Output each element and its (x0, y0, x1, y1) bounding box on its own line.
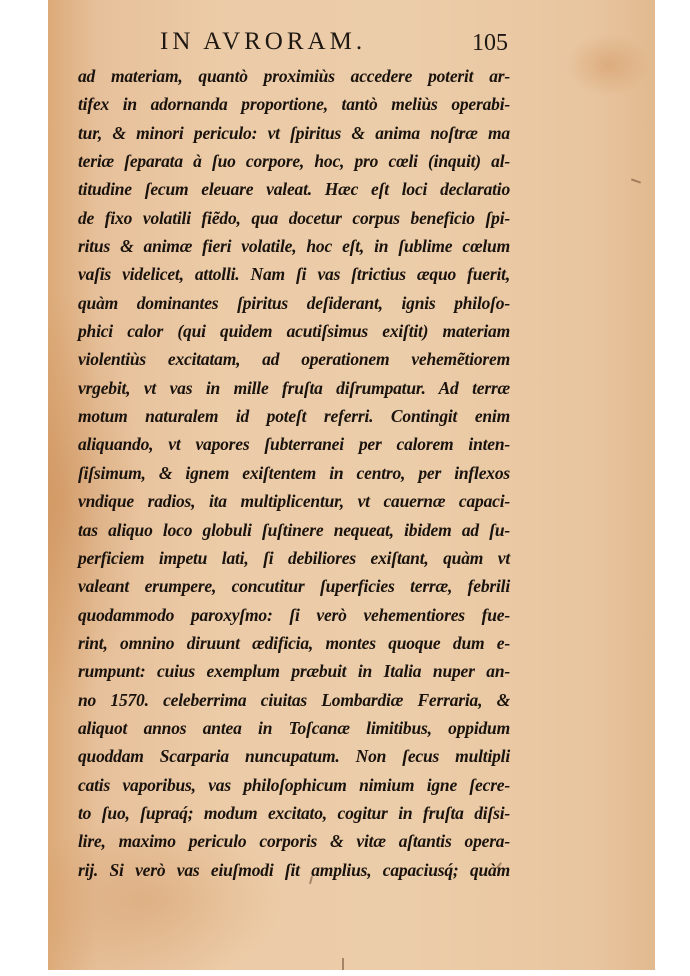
running-head: IN AVRORAM. (160, 28, 366, 56)
text-line: phici calor (qui quidem acutiſsimus exiſ… (78, 317, 510, 345)
paper-speck (342, 958, 344, 970)
text-line: motum naturalem id poteſt referri. Conti… (78, 402, 510, 430)
text-line: no 1570. celeberrima ciuitas Lombardiæ F… (78, 686, 510, 714)
text-line: ſiſsimum, & ignem exiſtentem in centro, … (78, 459, 510, 487)
text-line: rumpunt: cuius exemplum præbuit in Itali… (78, 657, 510, 685)
text-line: perficiem impetu lati, ſi debiliores exi… (78, 544, 510, 572)
text-line: vndique radios, ita multiplicentur, vt c… (78, 487, 510, 515)
text-line: catis vaporibus, vas philoſophicum nimiu… (78, 771, 510, 799)
text-line: quoddam Scarparia nuncupatum. Non ſecus … (78, 742, 510, 770)
text-line: tifex in adornanda proportione, tantò me… (78, 90, 510, 118)
text-line: violentiùs excitatam, ad operationem veh… (78, 345, 510, 373)
text-line: vrgebit, vt vas in mille fruſta diſrumpa… (78, 374, 510, 402)
text-line: quàm dominantes ſpiritus deſiderant, ign… (78, 289, 510, 317)
text-line: aliquot annos antea in Toſcanæ limitibus… (78, 714, 510, 742)
text-line: to ſuo, ſupraq́; modum excitato, cogitur… (78, 799, 510, 827)
text-line: de fixo volatili fiẽdo, qua docetur corp… (78, 204, 510, 232)
text-line: rint, omnino diruunt ædificia, montes qu… (78, 629, 510, 657)
text-line: tur, & minori periculo: vt ſpiritus & an… (78, 119, 510, 147)
body-text: ad materiam, quantò proximiùs accedere p… (78, 62, 510, 884)
page-number: 105 (472, 30, 508, 57)
text-line: ad materiam, quantò proximiùs accedere p… (78, 62, 510, 90)
text-line: rij. Si verò vas eiuſmodi ſit amplius, c… (78, 856, 510, 884)
book-page: IN AVRORAM. 105 ad materiam, quantò prox… (48, 0, 655, 970)
text-line: titudine ſecum eleuare valeat. Hæc eſt l… (78, 175, 510, 203)
text-line: ritus & animæ fieri volatile, hoc eſt, i… (78, 232, 510, 260)
text-line: quodammodo paroxyſmo: ſi verò vehementio… (78, 601, 510, 629)
text-line: vaſis videlicet, attolli. Nam ſi vas ſtr… (78, 260, 510, 288)
text-line: aliquando, vt vapores ſubterranei per ca… (78, 430, 510, 458)
text-line: valeant erumpere, concutitur ſuperficies… (78, 572, 510, 600)
text-line: teriæ ſeparata à ſuo corpore, hoc, pro c… (78, 147, 510, 175)
paper-speck (631, 178, 641, 183)
text-line: tas aliquo loco globuli ſuſtinere nequea… (78, 516, 510, 544)
text-line: lire, maximo periculo corporis & vitæ aſ… (78, 827, 510, 855)
